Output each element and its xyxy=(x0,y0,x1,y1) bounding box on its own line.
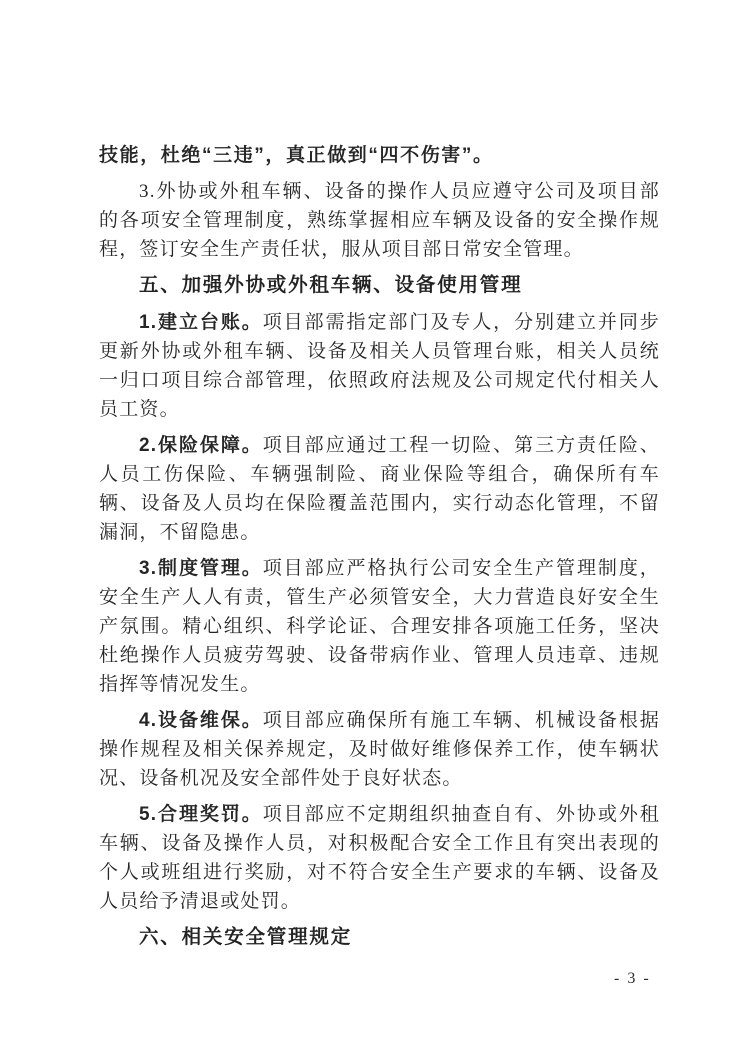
paragraph-item-3-operators: 3.外协或外租车辆、设备的操作人员应遵守公司及项目部的各项安全管理制度，熟练掌握… xyxy=(99,177,660,264)
numbered-item-4: 4.设备维保。项目部应确保所有施工车辆、机械设备根据操作规程及相关保养规定，及时… xyxy=(99,706,660,793)
item-4-lead: 4.设备维保。 xyxy=(139,710,263,731)
page-number: - 3 - xyxy=(614,970,651,988)
numbered-item-1: 1.建立台账。项目部需指定部门及专人，分别建立并同步更新外协或外租车辆、设备及相… xyxy=(99,308,660,424)
item-3-lead: 3.制度管理。 xyxy=(139,558,263,579)
section-heading-five: 五、加强外协或外租车辆、设备使用管理 xyxy=(99,271,660,300)
document-page: 技能，杜绝“三违”，真正做到“四不伤害”。 3.外协或外租车辆、设备的操作人员应… xyxy=(0,0,744,1051)
numbered-item-3: 3.制度管理。项目部应严格执行公司安全生产管理制度，安全生产人人有责，管生产必须… xyxy=(99,554,660,699)
numbered-item-5: 5.合理奖罚。项目部应不定期组织抽查自有、外协或外租车辆、设备及操作人员，对积极… xyxy=(99,800,660,916)
item-5-lead: 5.合理奖罚。 xyxy=(139,804,263,825)
item-2-lead: 2.保险保障。 xyxy=(139,435,263,456)
paragraph-continuation: 技能，杜绝“三违”，真正做到“四不伤害”。 xyxy=(99,141,660,170)
section-heading-six: 六、相关安全管理规定 xyxy=(99,923,660,952)
item-1-lead: 1.建立台账。 xyxy=(139,312,263,333)
numbered-item-2: 2.保险保障。项目部应通过工程一切险、第三方责任险、人员工伤保险、车辆强制险、商… xyxy=(99,431,660,547)
text-column: 技能，杜绝“三违”，真正做到“四不伤害”。 3.外协或外租车辆、设备的操作人员应… xyxy=(99,141,660,960)
